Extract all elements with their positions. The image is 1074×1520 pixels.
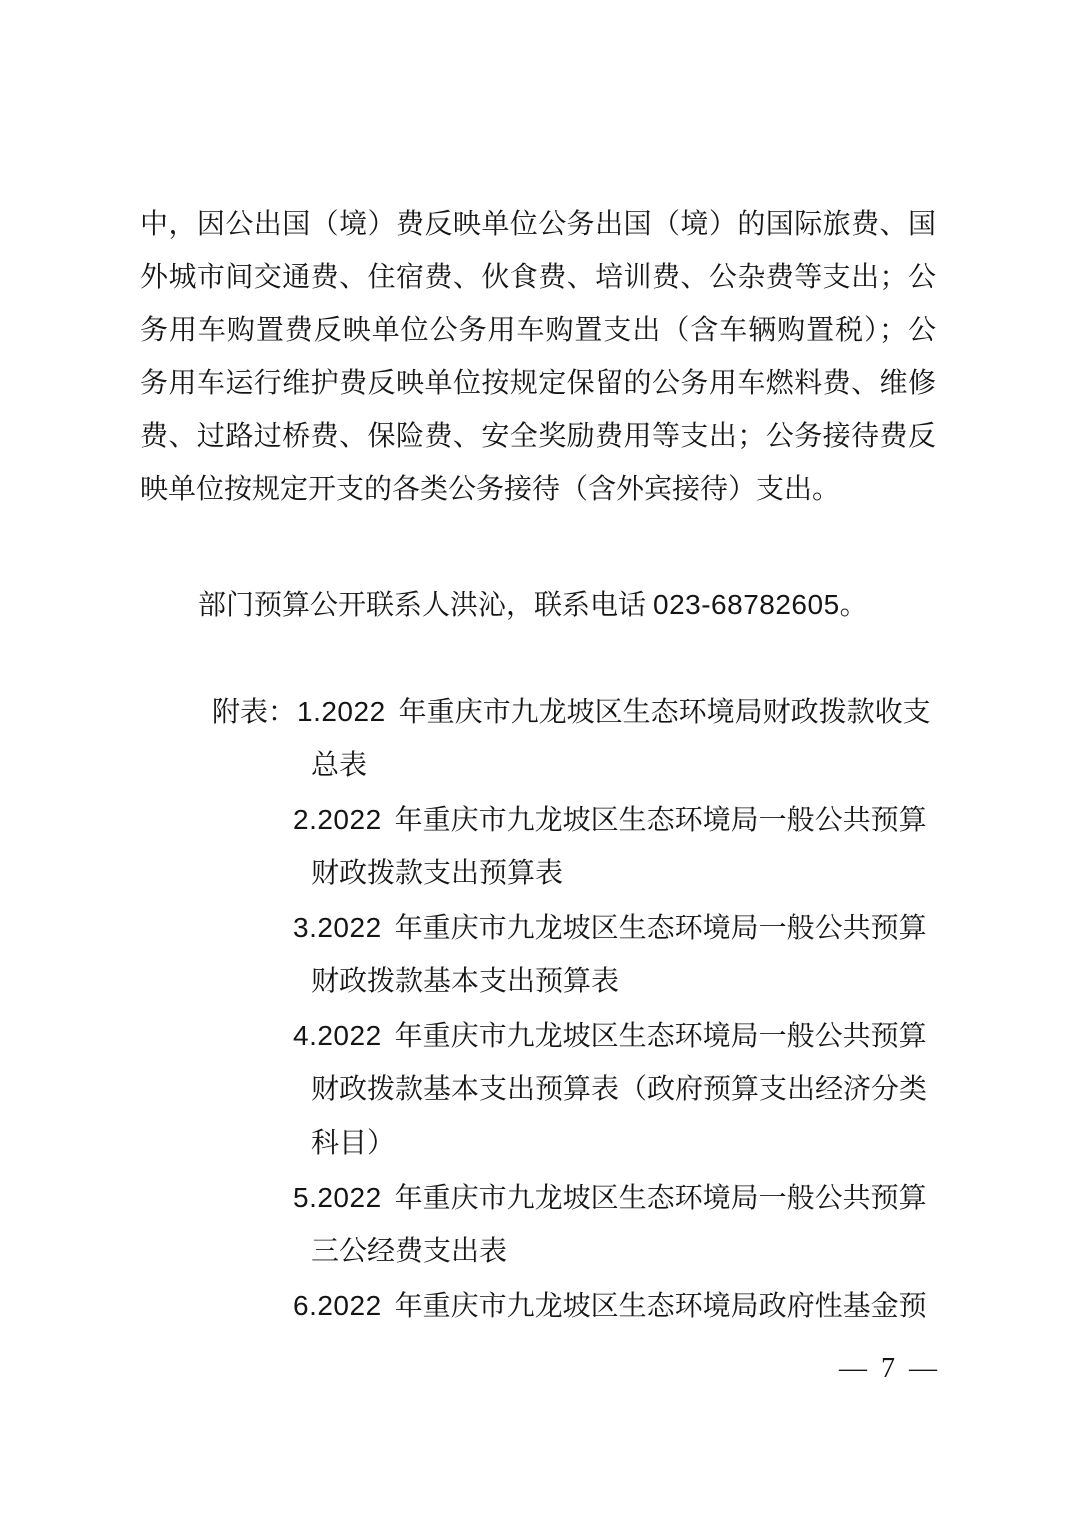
attachment-title: 年重庆市九龙坡区生态环境局财政拨款收支 <box>399 697 931 728</box>
attachment-list: 附表：1.2022年重庆市九龙坡区生态环境局财政拨款收支 总表 2.2022年重… <box>212 685 936 1333</box>
attachment-item-4-continuation: 科目） <box>212 1117 936 1171</box>
paragraph-line: 费、过路过桥费、保险费、安全奖励费用等支出；公务接待费反 <box>140 410 936 463</box>
contact-period: 。 <box>840 590 868 621</box>
attachment-item-5: 5.2022年重庆市九龙坡区生态环境局一般公共预算 <box>212 1171 936 1225</box>
attachment-number: 6.2022 <box>293 1290 382 1321</box>
page-content: 中，因公出国（境）费反映单位公务出国（境）的国际旅费、国 外城市间交通费、住宿费… <box>140 198 936 1333</box>
paragraph-line: 中，因公出国（境）费反映单位公务出国（境）的国际旅费、国 <box>140 198 936 251</box>
attachment-item-2: 2.2022年重庆市九龙坡区生态环境局一般公共预算 <box>212 793 936 847</box>
attachment-item-6: 6.2022年重庆市九龙坡区生态环境局政府性基金预 <box>212 1279 936 1333</box>
paragraph-line: 映单位按规定开支的各类公务接待（含外宾接待）支出。 <box>140 463 936 516</box>
contact-phone-number: 023-68782605 <box>653 589 840 620</box>
attachment-number: 5.2022 <box>293 1182 382 1213</box>
footer-page-number: 7 <box>881 1353 895 1384</box>
footer-right-dash: — <box>909 1353 937 1384</box>
paragraph-line: 外城市间交通费、住宿费、伙食费、培训费、公杂费等支出；公 <box>140 251 936 304</box>
attachment-item-3: 3.2022年重庆市九龙坡区生态环境局一般公共预算 <box>212 901 936 955</box>
attachment-number: 4.2022 <box>293 1020 382 1051</box>
attachment-number: 2.2022 <box>293 804 382 835</box>
attachment-item-1-continuation: 总表 <box>212 739 936 793</box>
attachment-item-4-continuation: 财政拨款基本支出预算表（政府预算支出经济分类 <box>212 1063 936 1117</box>
attachment-item-2-continuation: 财政拨款支出预算表 <box>212 847 936 901</box>
attachment-item-1: 附表：1.2022年重庆市九龙坡区生态环境局财政拨款收支 <box>212 685 936 739</box>
contact-text: 部门预算公开联系人洪沁，联系电话 <box>198 590 653 621</box>
attachment-list-label: 附表： <box>212 686 297 740</box>
body-paragraph: 中，因公出国（境）费反映单位公务出国（境）的国际旅费、国 外城市间交通费、住宿费… <box>140 198 936 516</box>
page-number: —7— <box>839 1342 937 1395</box>
attachment-title: 年重庆市九龙坡区生态环境局一般公共预算 <box>395 913 927 944</box>
attachment-number: 1.2022 <box>297 696 386 727</box>
paragraph-line: 务用车运行维护费反映单位按规定保留的公务用车燃料费、维修 <box>140 357 936 410</box>
paragraph-line: 务用车购置费反映单位公务用车购置支出（含车辆购置税）；公 <box>140 304 936 357</box>
footer-left-dash: — <box>839 1353 867 1384</box>
attachment-title: 年重庆市九龙坡区生态环境局政府性基金预 <box>395 1291 927 1322</box>
attachment-title: 年重庆市九龙坡区生态环境局一般公共预算 <box>395 1021 927 1052</box>
attachment-number: 3.2022 <box>293 912 382 943</box>
contact-line: 部门预算公开联系人洪沁，联系电话 023-68782605。 <box>140 578 936 631</box>
attachment-title: 年重庆市九龙坡区生态环境局一般公共预算 <box>395 805 927 836</box>
attachment-item-4: 4.2022年重庆市九龙坡区生态环境局一般公共预算 <box>212 1009 936 1063</box>
attachment-item-3-continuation: 财政拨款基本支出预算表 <box>212 955 936 1009</box>
attachment-item-5-continuation: 三公经费支出表 <box>212 1225 936 1279</box>
document-page: 中，因公出国（境）费反映单位公务出国（境）的国际旅费、国 外城市间交通费、住宿费… <box>0 0 1074 1520</box>
attachment-title: 年重庆市九龙坡区生态环境局一般公共预算 <box>395 1183 927 1214</box>
